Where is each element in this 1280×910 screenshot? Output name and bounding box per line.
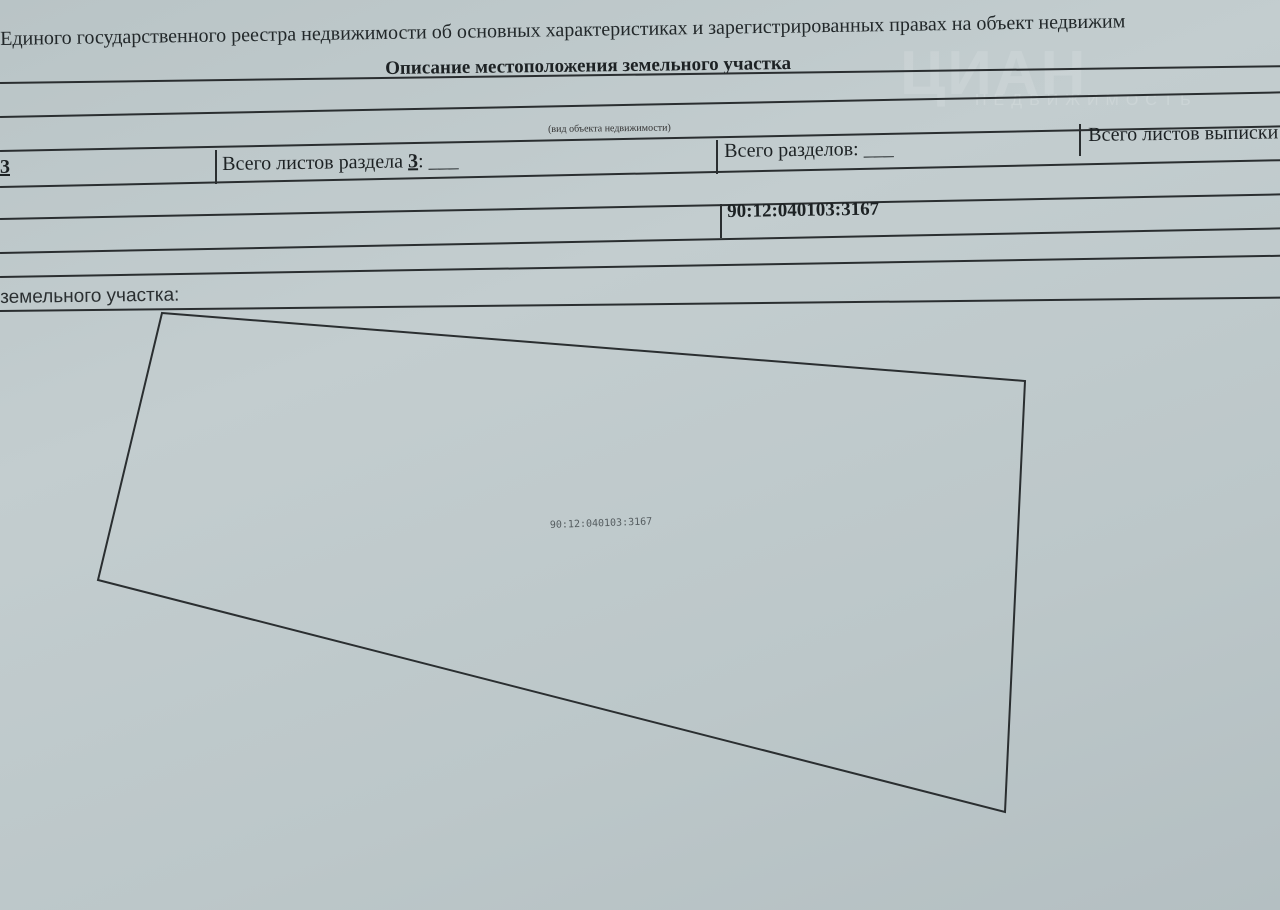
parcel-boundary [98, 313, 1025, 812]
parcel-label: 90:12:040103:3167 [550, 516, 653, 531]
parcel-plan: 90:12:040103:3167 [0, 0, 1280, 910]
